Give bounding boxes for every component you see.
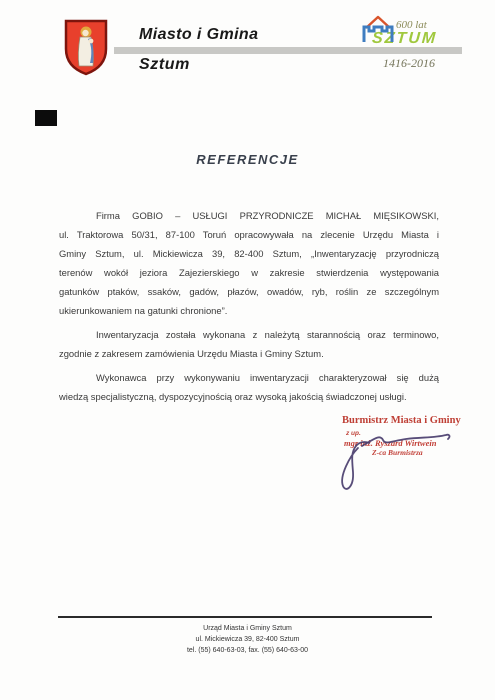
castle-icon xyxy=(358,14,398,46)
paragraph-line: Wykonawca przy wykonywaniu inwentaryzacj… xyxy=(59,368,439,387)
org-name-line1: Miasto i Gmina xyxy=(139,26,258,44)
paragraph-line: ukierunkowaniem na gatunki chronione”. xyxy=(59,301,439,320)
paragraph-line: ul. Traktorowa 50/31, 87-100 Toruń oprac… xyxy=(59,225,439,244)
signature-block: Burmistrz Miasta i Gminy z up. mgr inż. … xyxy=(330,414,475,494)
body-paragraphs: Firma GOBIO – USŁUGI PRZYRODNICZE MICHAŁ… xyxy=(59,206,439,411)
redaction-box xyxy=(35,110,57,126)
footer-line-2: ul. Mickiewicza 39, 82-400 Sztum xyxy=(0,634,495,645)
org-name-line2: Sztum xyxy=(139,56,190,74)
paragraph-line: Inwentaryzacja została wykonana z należy… xyxy=(59,325,439,344)
paragraph-line: wiedzą specjalistyczną, dyspozycyjnością… xyxy=(59,387,439,406)
footer-line-1: Urząd Miasta i Gminy Sztum xyxy=(0,623,495,634)
paragraph: Firma GOBIO – USŁUGI PRZYRODNICZE MICHAŁ… xyxy=(59,206,439,320)
paragraph-line: gatunków ptaków, ssaków, gadów, płazów, … xyxy=(59,282,439,301)
document-title: REFERENCJE xyxy=(0,152,495,167)
paragraph: Inwentaryzacja została wykonana z należy… xyxy=(59,325,439,363)
footer-divider xyxy=(58,616,432,618)
header-divider xyxy=(114,47,462,54)
sztum-coat-of-arms-icon xyxy=(64,19,108,76)
paragraph: Wykonawca przy wykonywaniu inwentaryzacj… xyxy=(59,368,439,406)
logo-anniversary-years: 1416-2016 xyxy=(383,56,435,71)
logo-600-lat-label: 600 lat xyxy=(396,19,427,31)
paragraph-line: terenów wokół jeziora Zajezierskiego w z… xyxy=(59,263,439,282)
handwritten-signature-icon xyxy=(330,422,470,494)
footer: Urząd Miasta i Gminy Sztum ul. Mickiewic… xyxy=(0,623,495,656)
paragraph-line: zgodnie z zakresem zamówienia Urzędu Mia… xyxy=(59,344,439,363)
paragraph-line: Gminy Sztum, ul. Mickiewicza 39, 82-400 … xyxy=(59,244,439,263)
document-page: Miasto i Gmina Sztum 600 lat SZTUM 1416-… xyxy=(0,0,495,700)
paragraph-line: Firma GOBIO – USŁUGI PRZYRODNICZE MICHAŁ… xyxy=(59,206,439,225)
footer-line-3: tel. (55) 640-63-03, fax. (55) 640-63-00 xyxy=(0,645,495,656)
